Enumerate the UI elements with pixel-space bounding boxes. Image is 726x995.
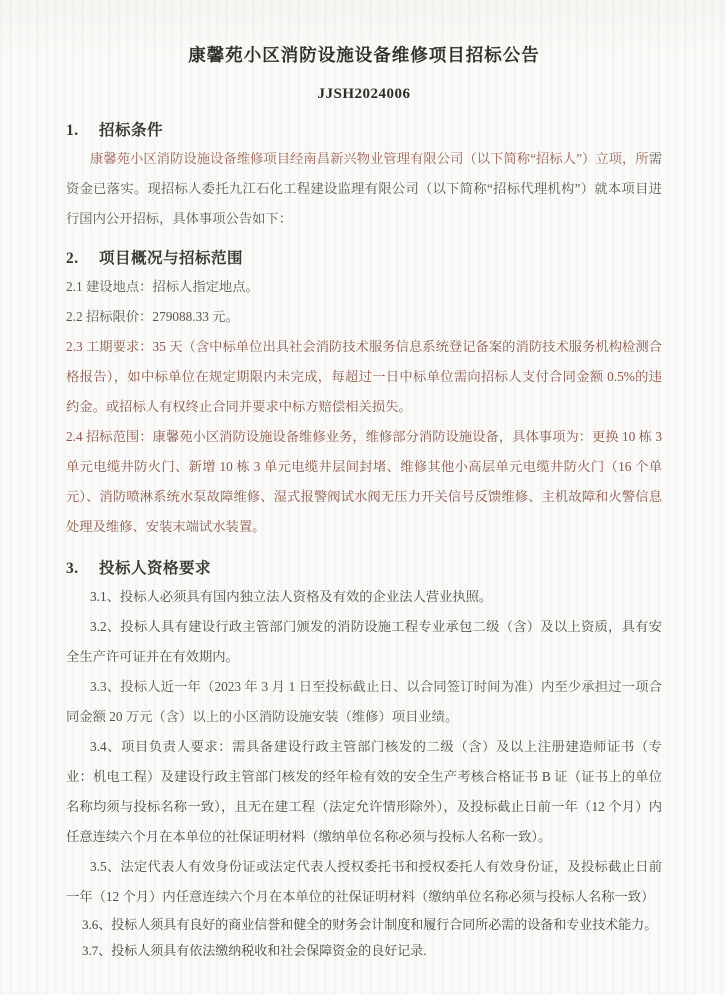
section-heading: 2.项目概况与招标范围 — [66, 246, 662, 272]
paragraph: 2.2 招标限价：279088.33 元。 — [66, 302, 662, 332]
text-run: 2.1 建设地点：招标人指定地点。 — [66, 279, 259, 294]
document-number: JJSH2024006 — [66, 82, 662, 106]
text-run: 3.1、投标人必须具有国内独立法人资格及有效的企业法人营业执照。 — [90, 589, 492, 604]
section-heading: 1.招标条件 — [66, 118, 662, 144]
text-run: 3.6、投标人须具有良好的商业信誉和健全的财务会计制度和履行合同所必需的设备和专… — [82, 917, 657, 932]
text-run: 2.4 招标范围：康馨苑小区消防设施设备维修业务，维修部分消防设施设备，具体事项… — [66, 429, 662, 534]
document-body: 1.招标条件康馨苑小区消防设施设备维修项目经南昌新兴物业管理有限公司（以下简称“… — [66, 118, 662, 964]
scanned-document-page: 康馨苑小区消防设施设备维修项目招标公告 JJSH2024006 1.招标条件康馨… — [0, 0, 726, 995]
text-run: 3.5、法定代表人有效身份证或法定代表人授权委托书和授权委托人有效身份证，及投标… — [66, 859, 662, 904]
paragraph: 2.3 工期要求：35 天（含中标单位出具社会消防技术服务信息系统登记备案的消防… — [66, 332, 662, 422]
section-number: 2. — [66, 246, 86, 272]
paragraph: 3.4、项目负责人要求：需具备建设行政主管部门核发的二级（含）及以上注册建造师证… — [66, 732, 662, 852]
text-run: 康馨苑小区消防设施设备维修项目经南昌新兴物业管理有限公司（以下简称“招标人”）立… — [90, 151, 649, 166]
paragraph: 3.1、投标人必须具有国内独立法人资格及有效的企业法人营业执照。 — [66, 582, 662, 612]
paragraph: 3.2、投标人具有建设行政主管部门颁发的消防设施工程专业承包二级（含）及以上资质… — [66, 612, 662, 672]
section-number: 3. — [66, 556, 86, 582]
text-run: 3.7、投标人须具有依法缴纳税收和社会保障资金的良好记录. — [82, 943, 427, 958]
section-title-text: 项目概况与招标范围 — [99, 250, 243, 267]
paragraph: 康馨苑小区消防设施设备维修项目经南昌新兴物业管理有限公司（以下简称“招标人”）立… — [66, 144, 662, 234]
text-run: 3.2、投标人具有建设行政主管部门颁发的消防设施工程专业承包二级（含）及以上资质… — [66, 619, 662, 664]
document-title: 康馨苑小区消防设施设备维修项目招标公告 — [66, 42, 662, 68]
text-run: 3.4、项目负责人要求：需具备建设行政主管部门核发的二级（含）及以上注册建造师证… — [66, 739, 662, 844]
text-run: 2.2 招标限价：279088.33 元。 — [66, 309, 239, 324]
paragraph: 3.7、投标人须具有依法缴纳税收和社会保障资金的良好记录. — [66, 938, 662, 964]
paragraph: 2.1 建设地点：招标人指定地点。 — [66, 272, 662, 302]
section-number: 1. — [66, 118, 86, 144]
text-run: 2.3 工期要求：35 天（含中标单位出具社会消防技术服务信息系统登记备案的消防… — [66, 339, 662, 414]
paragraph: 3.5、法定代表人有效身份证或法定代表人授权委托书和授权委托人有效身份证，及投标… — [66, 852, 662, 912]
paragraph: 2.4 招标范围：康馨苑小区消防设施设备维修业务，维修部分消防设施设备，具体事项… — [66, 422, 662, 542]
paragraph: 3.6、投标人须具有良好的商业信誉和健全的财务会计制度和履行合同所必需的设备和专… — [66, 912, 662, 938]
section-heading: 3.投标人资格要求 — [66, 556, 662, 582]
text-run: 3.3、投标人近一年（2023 年 3 月 1 日至投标截止日、以合同签订时间为… — [66, 679, 662, 724]
section-title-text: 投标人资格要求 — [99, 560, 211, 577]
paragraph: 3.3、投标人近一年（2023 年 3 月 1 日至投标截止日、以合同签订时间为… — [66, 672, 662, 732]
section-title-text: 招标条件 — [99, 122, 163, 139]
